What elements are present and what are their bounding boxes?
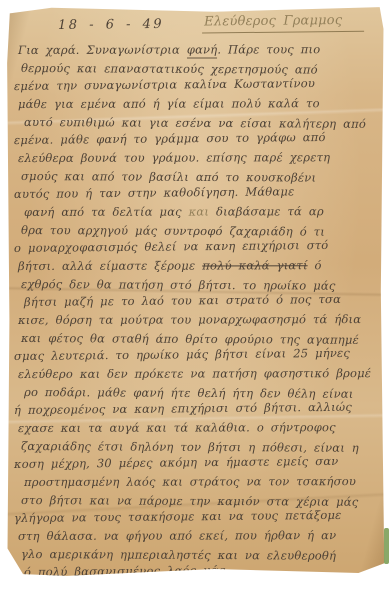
letter-text: γλήγορα να τους τσακήσομε και να τους πε… xyxy=(14,508,342,525)
letter-line-6: εμένα. μάθε φανή το γράμμα σου το γράφω … xyxy=(14,127,381,149)
letter-text: αυτός που ή ταν στην καθοδίγηση. Μάθαμε xyxy=(14,184,295,201)
letter-text: βήτσι μαζή με το λαό του και στρατό ό πο… xyxy=(24,292,341,309)
letter-paper: 18 - 6 - 49 Ελεύθερος Γραμμος Για χαρά. … xyxy=(6,6,385,577)
letter-line-27: γλήγορα να τους τσακήσομε και να τους πε… xyxy=(14,505,381,527)
letter-text: στη θάλασα. να φήγου από εκεί, που ήρθαν… xyxy=(18,528,336,543)
letter-line-4: μάθε για εμένα από ή γία είμαι πολύ καλά… xyxy=(18,94,381,113)
letter-text: εχασε και τα αυγά και τά καλάθια. ο σήντ… xyxy=(18,420,336,435)
letter-heading: 18 - 6 - 49 Ελεύθερος Γραμμος xyxy=(58,12,381,35)
letter-text: . Πάρε τους πιο xyxy=(217,42,320,56)
letter-line-7: ελεύθερα βουνά του γράμου. επίσης παρέ χ… xyxy=(18,148,381,167)
struck-text: πολύ καλά γιατί xyxy=(202,258,307,272)
letter-line-10: φανή από τα δελτία μας και διαβάσαμε τά … xyxy=(24,202,381,221)
letter-line-21: ή ποχρεομένος να κανη επιχήρισι στό βήτσ… xyxy=(14,397,381,419)
letter-text: εμένα. μάθε φανή το γράμμα σου το γράφω … xyxy=(14,130,326,147)
letter-text: ό xyxy=(308,258,322,272)
letter-line-25: προστημασμένη λαός και στράτος να τον τσ… xyxy=(24,472,381,491)
letter-line-3: εμένα την συναγωνίστρια καλίνα Κωσταντίν… xyxy=(14,73,381,95)
underlined-text: φανή xyxy=(187,42,218,58)
letter-line-19: ελεύθερο και δεν πρόκετε να πατήση φασησ… xyxy=(18,364,381,383)
letter-line-16: κισε, θόρση τα μούτρα του μοναρχωφασησμό… xyxy=(18,310,381,329)
letter-text: ο μοναρχοφασισμός θελεί να κανη επιχήρισ… xyxy=(14,238,329,255)
letter-line-1: Για χαρά. Συναγωνίστρια φανή. Πάρε τους … xyxy=(18,40,381,59)
letter-text: ή ποχρεομένος να κανη επιχήρισι στό βήτσ… xyxy=(14,400,352,417)
letter-text: μάθε για εμένα από ή γία είμαι πολύ καλά… xyxy=(18,96,320,111)
letter-text: κισε, θόρση τα μούτρα του μοναρχωφασησμό… xyxy=(18,312,361,327)
letter-text: διαβάσαμε τά αρ xyxy=(209,204,324,218)
letter-text: κοση μέχρη, 30 μέρες ακόμη να ήμαστε εμε… xyxy=(14,454,339,471)
letter-text: και xyxy=(189,205,209,219)
letter-date: 18 - 6 - 49 xyxy=(58,16,164,35)
letter-line-15: βήτσι μαζή με το λαό του και στρατό ό πο… xyxy=(24,290,381,311)
letter-text: ελεύθερα βουνά του γράμου. επίσης παρέ χ… xyxy=(18,150,330,165)
letter-text: ό πολύ βασανισμένος λαός μάς xyxy=(24,563,226,579)
letter-text: σμας λευτεριά. το ηρωίκο μάς βήτσι είναι… xyxy=(14,346,350,363)
scan-edge-artifact xyxy=(384,528,389,564)
letter-line-28: στη θάλασα. να φήγου από εκεί, που ήρθαν… xyxy=(18,526,381,545)
letter-text: φανή από τα δελτία μας xyxy=(24,205,189,219)
letter-text: εμένα την συναγωνίστρια καλίνα Κωσταντίν… xyxy=(14,76,315,93)
letter-line-22: εχασε και τα αυγά και τά καλάθια. ο σήντ… xyxy=(18,418,381,437)
letter-text: ελεύθερο και δεν πρόκετε να πατήση φασησ… xyxy=(18,366,371,381)
letter-body: Για χαρά. Συναγωνίστρια φανή. Πάρε τους … xyxy=(14,41,381,581)
letter-text: προστημασμένη λαός και στράτος να τον τσ… xyxy=(24,474,356,489)
letter-line-18: σμας λευτεριά. το ηρωίκο μάς βήτσι είναι… xyxy=(14,343,381,365)
letter-line-24: κοση μέχρη, 30 μέρες ακόμη να ήμαστε εμε… xyxy=(14,451,381,473)
letter-line-12: ο μοναρχοφασισμός θελεί να κανη επιχήρισ… xyxy=(14,235,381,257)
letter-line-13: βήτσι. αλλά είμαστε ξέρομε πολύ καλά για… xyxy=(18,256,381,275)
letter-line-30: ό πολύ βασανισμένος λαός μάς xyxy=(24,560,381,581)
letter-text: Για χαρά. Συναγωνίστρια xyxy=(18,43,187,57)
letter-content: 18 - 6 - 49 Ελεύθερος Γραμμος Για χαρά. … xyxy=(6,6,385,577)
letter-title: Ελεύθερος Γραμμος xyxy=(202,12,364,34)
letter-text: βήτσι. αλλά είμαστε ξέρομε xyxy=(18,259,202,273)
letter-line-9: αυτός που ή ταν στην καθοδίγηση. Μάθαμε xyxy=(14,181,381,203)
scan-background: 18 - 6 - 49 Ελεύθερος Γραμμος Για χαρά. … xyxy=(0,0,391,591)
